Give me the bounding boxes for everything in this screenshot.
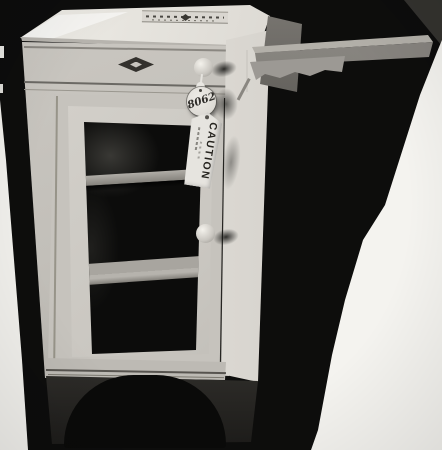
glass-reflection — [84, 118, 204, 354]
tag-shadow — [214, 88, 238, 120]
photograph: 8062 CAUTION — [0, 0, 442, 450]
tag-hole — [199, 89, 202, 92]
drawer-knob — [194, 58, 213, 77]
glass-panel — [84, 118, 204, 354]
photo-edge-notch — [0, 46, 4, 58]
maker-label-plate — [142, 10, 228, 23]
door-knob — [196, 224, 215, 243]
inventory-tag-number: 8062 — [186, 90, 217, 111]
inventory-tag: 8062 — [187, 87, 216, 116]
tag-hole — [205, 115, 210, 120]
diamond-emblem-center — [130, 62, 142, 68]
photo-edge-notch — [0, 84, 3, 93]
